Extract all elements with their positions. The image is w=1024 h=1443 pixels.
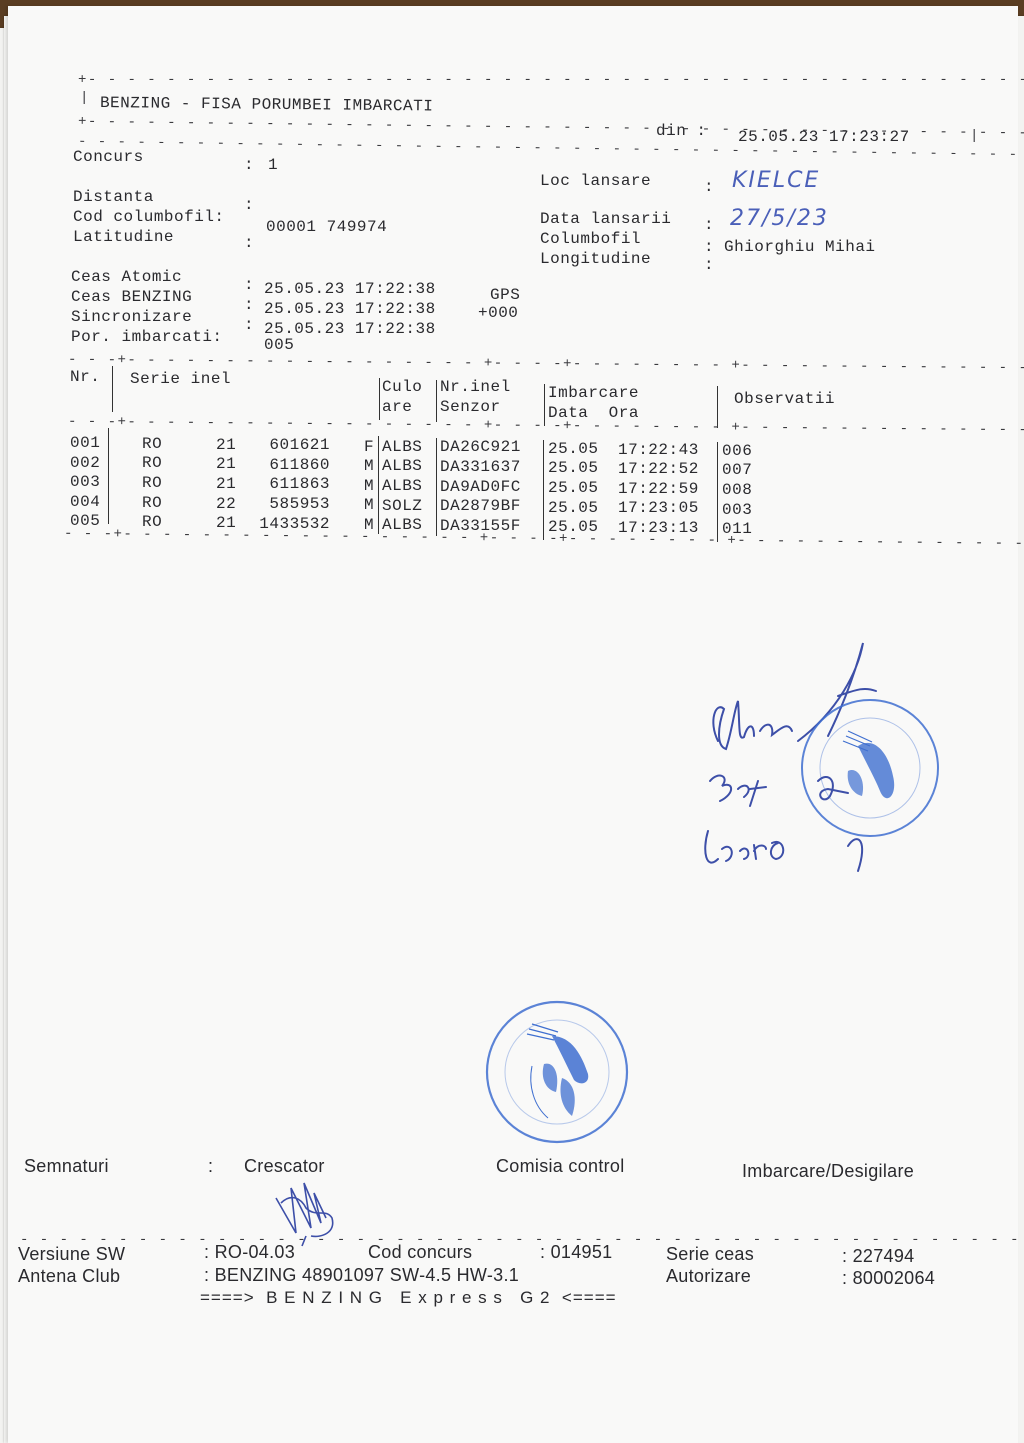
cell-country: RO [142,474,162,492]
ceas-benzing-extra: +000 [478,304,518,322]
por-imbarcati-value: 005 [264,336,294,354]
cell-observatii: 008 [722,481,752,499]
crescator-label: Crescator [244,1156,325,1177]
col-sep-culoare [379,378,380,420]
ceas-atomic-sep: : [244,276,254,294]
por-imbarcati-label-text: Por. imbarcati [71,328,212,346]
col-sep-senzor [436,380,437,422]
cell-boarding-time: 17:22:43 [618,441,699,459]
body-sep-imbarcare [543,440,544,540]
cod-columbofil-sep: : [214,208,224,226]
ceas-atomic-value: 25.05.23 17:22:38 [264,280,436,298]
cell-year: 21 [216,436,236,454]
imbarcare-desigilare-label: Imbarcare/Desigilare [742,1161,914,1182]
data-lansarii-label: Data lansarii [540,210,671,228]
cell-ring-number: 611863 [258,475,330,493]
cell-year: 21 [216,475,236,493]
cell-color: SOLZ [382,497,422,515]
header-culoare-2: are [382,398,412,416]
document-page: +- - - - - - - - - - - - - - - - - - - -… [8,6,1018,1443]
ceas-benzing-value: 25.05.23 17:22:38 [264,300,436,318]
por-imbarcati-label: Por. imbarcati: [71,328,223,346]
cell-sex: M [364,496,374,514]
cell-observatii: 007 [722,461,752,479]
latitudine-sep: : [244,234,254,252]
benzing-express-brand-line: ====> B E N Z I N G E x p r e s s G 2 <=… [200,1288,617,1308]
cell-nr: 001 [70,434,100,452]
longitudine-sep: : [704,256,714,274]
loc-lansare-value: KIELCE [732,168,820,193]
din-label: din : [656,122,707,140]
versiune-sw-label: Versiune SW [18,1244,125,1265]
col-sep-nr [112,366,113,412]
cell-sensor-ring: DA331637 [440,458,521,476]
autorizare-label: Autorizare [666,1266,751,1287]
loc-lansare-sep: : [704,178,714,196]
autorizare-value: : 80002064 [842,1268,935,1289]
cell-observatii: 003 [722,501,752,519]
header-border-right: | [970,128,980,144]
distanta-sep: : [244,196,254,214]
table-header-divider: - - -+- - - - - - - - - - - - - - - - - … [68,414,1024,441]
antena-club-value: : BENZING 48901097 SW-4.5 HW-3.1 [204,1265,519,1286]
semnaturi-sep: : [208,1156,213,1177]
cell-color: ALBS [382,438,422,456]
header-observatii: Observatii [734,390,835,408]
body-sep-senzor [436,438,437,536]
cell-sex: F [364,438,374,456]
cell-country: RO [142,435,162,453]
ceas-atomic-extra: GPS [490,286,520,304]
serie-ceas-value: : 227494 [842,1246,914,1267]
distanta-label: Distanta [73,188,154,206]
concurs-label: Concurs [73,148,144,166]
columbofil-label: Columbofil [540,230,641,248]
header-border-left: | [80,90,90,106]
cell-year: 22 [216,495,236,513]
cell-boarding-date: 25.05 [548,499,599,517]
cell-ring-number: 601621 [258,436,330,454]
ceas-atomic-label: Ceas Atomic [71,268,182,286]
body-sep-observatii [717,442,718,542]
header-border-top: +- - - - - - - - - - - - - - - - - - - -… [78,72,1024,88]
header-serie-inel: Serie inel [130,370,231,388]
cell-boarding-date: 25.05 [548,440,599,458]
cod-concurs-label: Cod concurs [368,1242,472,1263]
versiune-sw-value: : RO-04.03 [204,1242,295,1263]
ceas-benzing-sep: : [244,296,254,314]
cell-boarding-time: 17:22:52 [618,460,699,478]
ceas-benzing-label: Ceas BENZING [71,288,192,306]
cod-columbofil-label: Cod columbofil: [73,208,225,226]
serie-ceas-label: Serie ceas [666,1244,754,1265]
data-lansarii-sep: : [704,216,714,234]
header-imbarcare-1: Imbarcare [548,384,639,402]
cell-ring-number: 585953 [258,495,330,513]
body-sep-culoare [378,436,379,534]
cell-boarding-time: 17:23:05 [618,499,699,517]
header-nr: Nr. [70,368,100,386]
cell-color: ALBS [382,457,422,475]
document-title: BENZING - FISA PORUMBEI IMBARCATI [100,94,434,115]
header-senzor-1: Nr.inel [440,378,511,396]
cell-sex: M [364,457,374,475]
cell-color: ALBS [382,477,422,495]
cell-sensor-ring: DA2879BF [440,497,521,515]
cell-sex: M [364,477,374,495]
club-stamp-lower [482,996,632,1148]
cell-nr: 004 [70,493,100,511]
data-lansarii-value: 27/5/23 [730,206,829,231]
cell-country: RO [142,454,162,472]
cell-year: 21 [216,455,236,473]
sincronizare-sep: : [244,316,254,334]
cod-columbofil-label-text: Cod columbofil [73,208,214,226]
columbofil-sep: : [704,238,714,256]
comisia-control-label: Comisia control [496,1156,625,1177]
cell-boarding-date: 25.05 [548,479,599,497]
columbofil-value: Ghiorghiu Mihai [724,238,876,256]
concurs-value: 1 [268,156,278,174]
cell-ring-number: 611860 [258,456,330,474]
header-senzor-2: Senzor [440,398,501,416]
sincronizare-label: Sincronizare [71,308,192,326]
club-stamp-upper [798,696,943,841]
semnaturi-label: Semnaturi [24,1156,109,1177]
table-border-bottom: - - -+- - - - - - - - - - - - - - - - - … [64,526,1024,555]
antena-club-label: Antena Club [18,1266,120,1287]
body-sep-nr [108,428,109,524]
cod-concurs-value: : 014951 [540,1242,612,1263]
cell-nr: 003 [70,473,100,491]
cell-country: RO [142,494,162,512]
cell-sensor-ring: DA26C921 [440,438,521,456]
cell-observatii: 006 [722,442,752,460]
cod-columbofil-value: 00001 749974 [266,218,387,236]
latitudine-label: Latitudine [73,228,174,246]
cell-sensor-ring: DA9AD0FC [440,478,521,496]
concurs-sep: : [244,156,254,174]
cell-boarding-time: 17:22:59 [618,480,699,498]
cell-boarding-date: 25.05 [548,459,599,477]
longitudine-label: Longitudine [540,250,651,268]
loc-lansare-label: Loc lansare [540,172,651,190]
header-culoare-1: Culo [382,378,422,396]
cell-nr: 002 [70,454,100,472]
